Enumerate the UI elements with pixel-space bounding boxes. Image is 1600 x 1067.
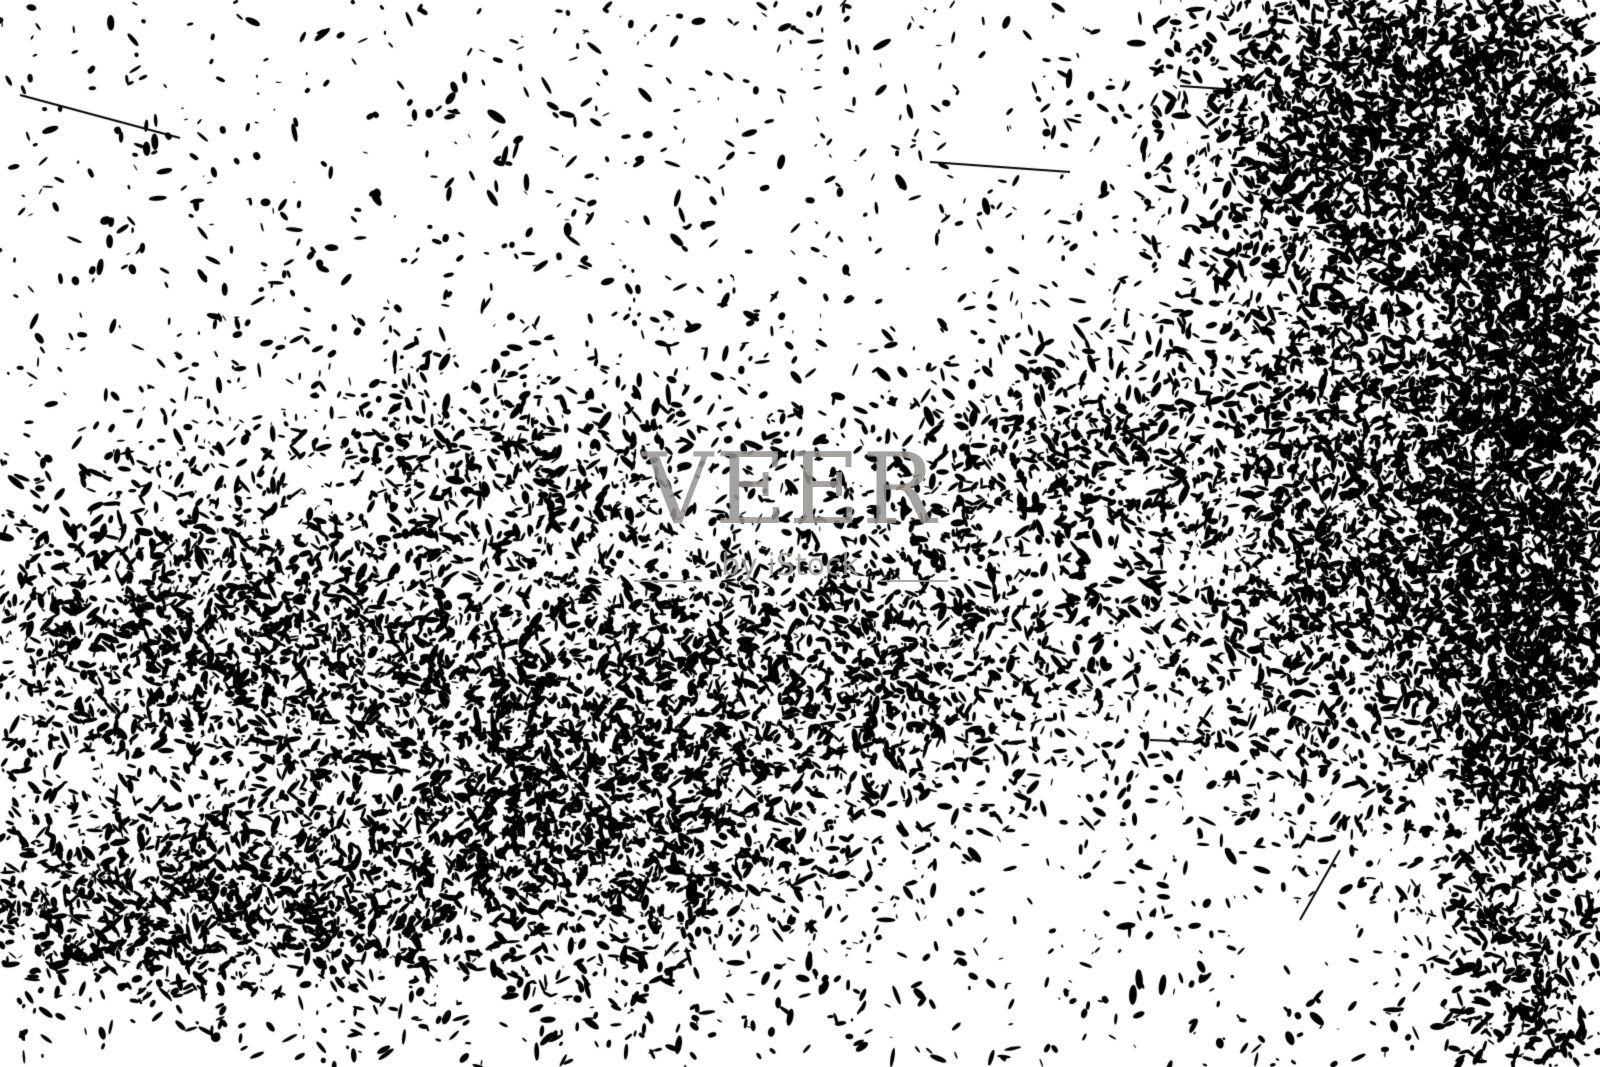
texture-canvas — [0, 0, 1600, 1067]
grunge-texture-image: VEER by iStock — [0, 0, 1600, 1067]
